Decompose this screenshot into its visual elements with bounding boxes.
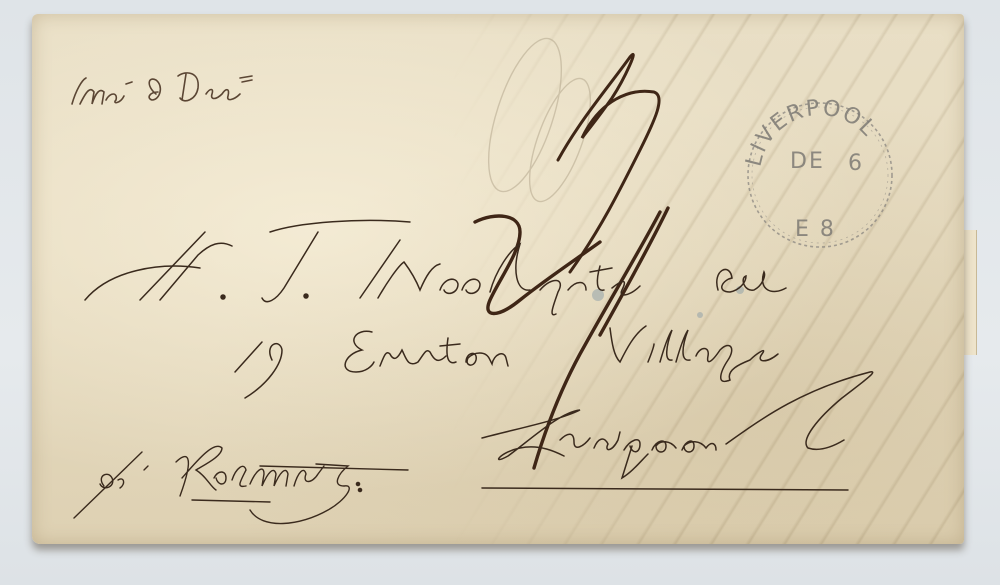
postmark-year: E 8 <box>795 217 836 242</box>
address-line-street <box>235 326 778 398</box>
address-line-name <box>85 220 786 314</box>
postmark-month: DE <box>790 149 825 174</box>
handwriting-layer: LIVERPOOL DE 6 E 8 <box>0 0 1000 585</box>
postmark-day: 6 <box>848 151 864 176</box>
docket-note <box>72 73 252 104</box>
rate-marking-2-lower <box>475 208 668 468</box>
routing-endorsement <box>74 446 408 523</box>
address-line-city <box>482 372 873 490</box>
liverpool-postmark: LIVERPOOL DE 6 E 8 <box>742 96 892 247</box>
